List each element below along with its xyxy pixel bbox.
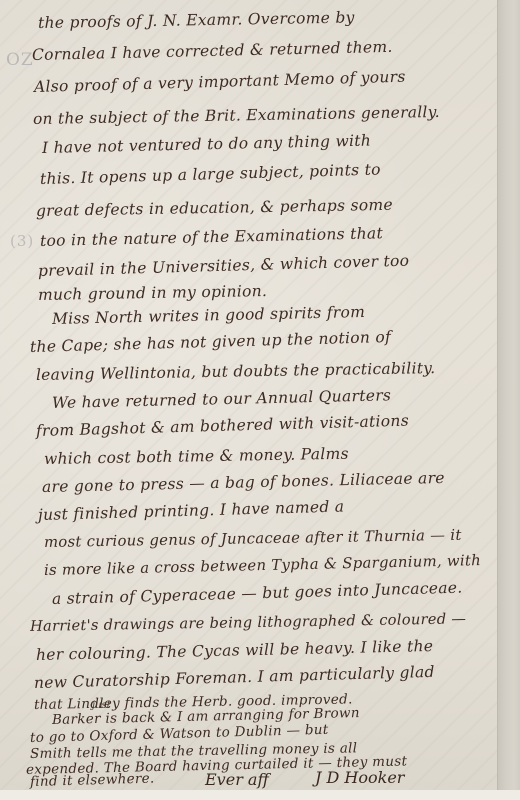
letter-line: much ground in my opinion. bbox=[38, 282, 267, 304]
manuscript-page: OZ (3) the proofs of J. N. Examr. Overco… bbox=[0, 0, 497, 790]
closing-salutation: Ever aff bbox=[205, 770, 269, 789]
letter-line: too in the nature of the Examinations th… bbox=[40, 224, 383, 250]
letter-line: most curious genus of Juncaceae after it… bbox=[44, 527, 462, 551]
letter-line: Harriet's drawings are being lithographe… bbox=[30, 610, 467, 635]
letter-line: from Bagshot & am bothered with visit-at… bbox=[36, 412, 409, 440]
letter-line: a strain of Cyperaceae — but goes into J… bbox=[52, 579, 463, 608]
letter-line: Miss North writes in good spirits from bbox=[52, 303, 366, 328]
letter-line: find it elsewhere. bbox=[30, 771, 155, 790]
letter-line: We have returned to our Annual Quarters bbox=[52, 386, 392, 412]
page-binding-edge bbox=[497, 0, 520, 790]
letter-line: Cornalea I have corrected & returned the… bbox=[32, 38, 393, 64]
letter-line: new Curatorship Foreman. I am particular… bbox=[34, 663, 435, 692]
letter-line: are gone to press — a bag of bones. Lili… bbox=[42, 469, 445, 496]
letter-line: Also proof of a very important Memo of y… bbox=[34, 68, 406, 96]
signature: J D Hooker bbox=[315, 768, 404, 787]
letter-line: just finished printing. I have named a bbox=[38, 497, 345, 524]
letter-line: which cost both time & money. Palms bbox=[44, 445, 349, 468]
interlinear-insertion: just bbox=[92, 700, 111, 711]
letter-line: I have not ventured to do any thing with bbox=[42, 132, 371, 157]
letter-line: this. It opens up a large subject, point… bbox=[40, 160, 381, 188]
letter-line: prevail in the Universities, & which cov… bbox=[38, 252, 410, 280]
letter-line: is more like a cross between Typha & Spa… bbox=[44, 552, 481, 579]
letter-line: leaving Wellintonia, but doubts the prac… bbox=[36, 359, 436, 384]
page-bottom-edge bbox=[0, 790, 520, 800]
letter-line: her colouring. The Cycas will be heavy. … bbox=[36, 637, 434, 664]
letter-line: great defects in education, & perhaps so… bbox=[36, 196, 393, 220]
letter-line: the proofs of J. N. Examr. Overcome by bbox=[38, 8, 355, 32]
letter-line: the Cape; she has not given up the notio… bbox=[30, 328, 392, 356]
letter-line: on the subject of the Brit. Examinations… bbox=[33, 103, 440, 128]
letter-body: the proofs of J. N. Examr. Overcome byCo… bbox=[0, 0, 497, 790]
